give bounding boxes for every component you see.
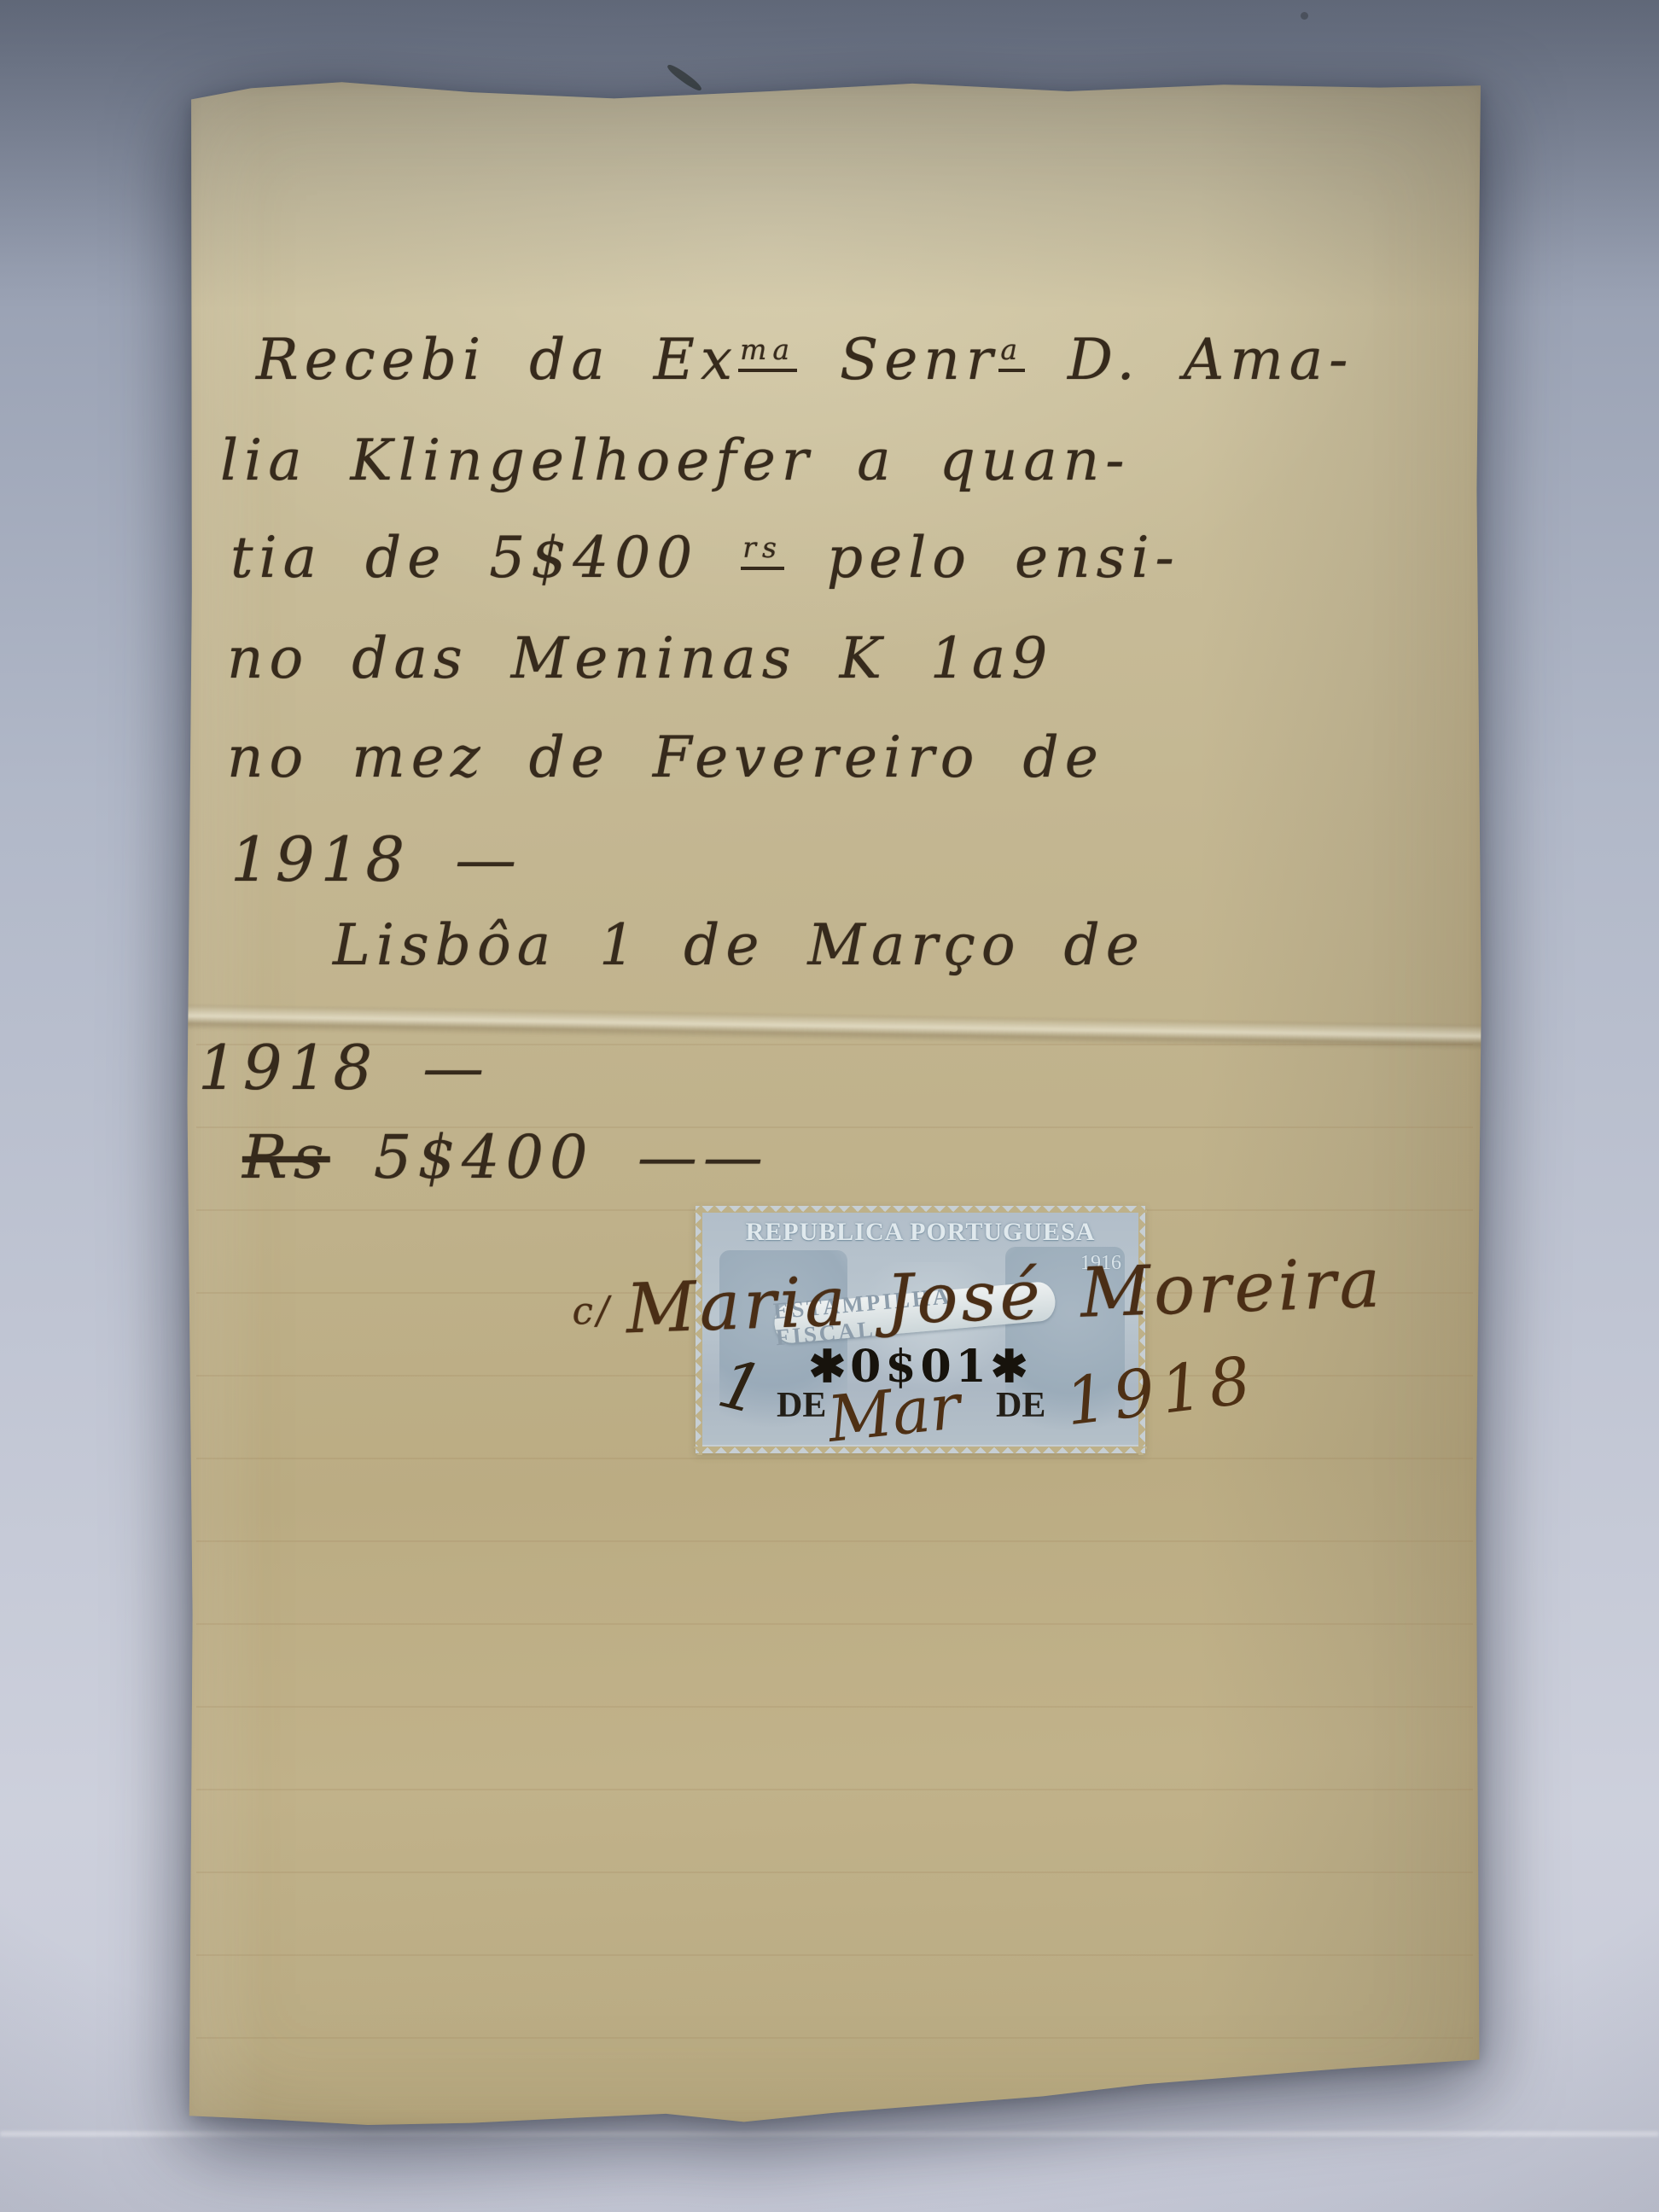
handwriting-text: D. Ama- bbox=[1025, 327, 1353, 393]
stamp-country-text: REPUBLICA PORTUGUESA bbox=[696, 1218, 1145, 1247]
superscript-abbrev: a bbox=[998, 333, 1025, 372]
cancel-de-print: DE bbox=[996, 1385, 1045, 1426]
dust-speck bbox=[1301, 12, 1308, 20]
handwriting-line: 1918 — bbox=[230, 824, 522, 895]
backdrop-seam bbox=[0, 2132, 1659, 2136]
ruled-lines bbox=[196, 1044, 1473, 2100]
handwriting-line: no das Meninas K 1a9 bbox=[227, 626, 1053, 691]
signature-rubric: c/ bbox=[571, 1289, 613, 1334]
paper-sheet: Recebi da Exma Senra D. Ama- lia Klingel… bbox=[186, 81, 1483, 2125]
handwriting-text: Lisbôa 1 de Março de bbox=[333, 912, 1145, 978]
handwriting-line: no mez de Fevereiro de bbox=[227, 725, 1104, 790]
handwriting-line: lia Klingelhoefer a quan- bbox=[220, 428, 1131, 493]
handwriting-line: Lisbôa 1 de Março de bbox=[333, 912, 1145, 978]
handwriting-line: Rs 5$400 —— bbox=[242, 1122, 769, 1192]
receipt-paper: Recebi da Exma Senra D. Ama- lia Klingel… bbox=[186, 81, 1483, 2125]
cancel-month-handwritten: Mar bbox=[824, 1370, 963, 1457]
handwriting-text: 1918 — bbox=[230, 824, 522, 895]
reis-currency-symbol: Rs bbox=[242, 1122, 330, 1192]
handwriting-text: lia Klingelhoefer a quan- bbox=[220, 428, 1131, 493]
photo-background: Recebi da Exma Senra D. Ama- lia Klingel… bbox=[0, 0, 1659, 2212]
superscript-abbrev: ma bbox=[738, 333, 797, 372]
handwriting-line: 1918 — bbox=[198, 1032, 490, 1103]
handwriting-text: pelo ensi- bbox=[784, 525, 1180, 591]
stamp-perforation bbox=[694, 1205, 1147, 1213]
handwriting-text: no das Meninas K 1a9 bbox=[227, 626, 1053, 691]
superscript-abbrev: rs bbox=[741, 531, 784, 570]
cancel-de-print: DE bbox=[777, 1385, 826, 1426]
handwriting-text: 1918 — bbox=[198, 1032, 490, 1103]
handwriting-text: Recebi da Ex bbox=[256, 327, 738, 393]
handwriting-text: tia de 5$400 bbox=[230, 525, 741, 591]
handwriting-text: 5$400 —— bbox=[330, 1122, 769, 1192]
handwriting-text: no mez de Fevereiro de bbox=[227, 725, 1104, 790]
handwriting-line: tia de 5$400 rs pelo ensi- bbox=[230, 525, 1180, 591]
handwriting-line: Recebi da Exma Senra D. Ama- bbox=[256, 327, 1353, 393]
handwriting-text: Senr bbox=[797, 327, 998, 393]
stamp-perforation bbox=[694, 1447, 1147, 1454]
